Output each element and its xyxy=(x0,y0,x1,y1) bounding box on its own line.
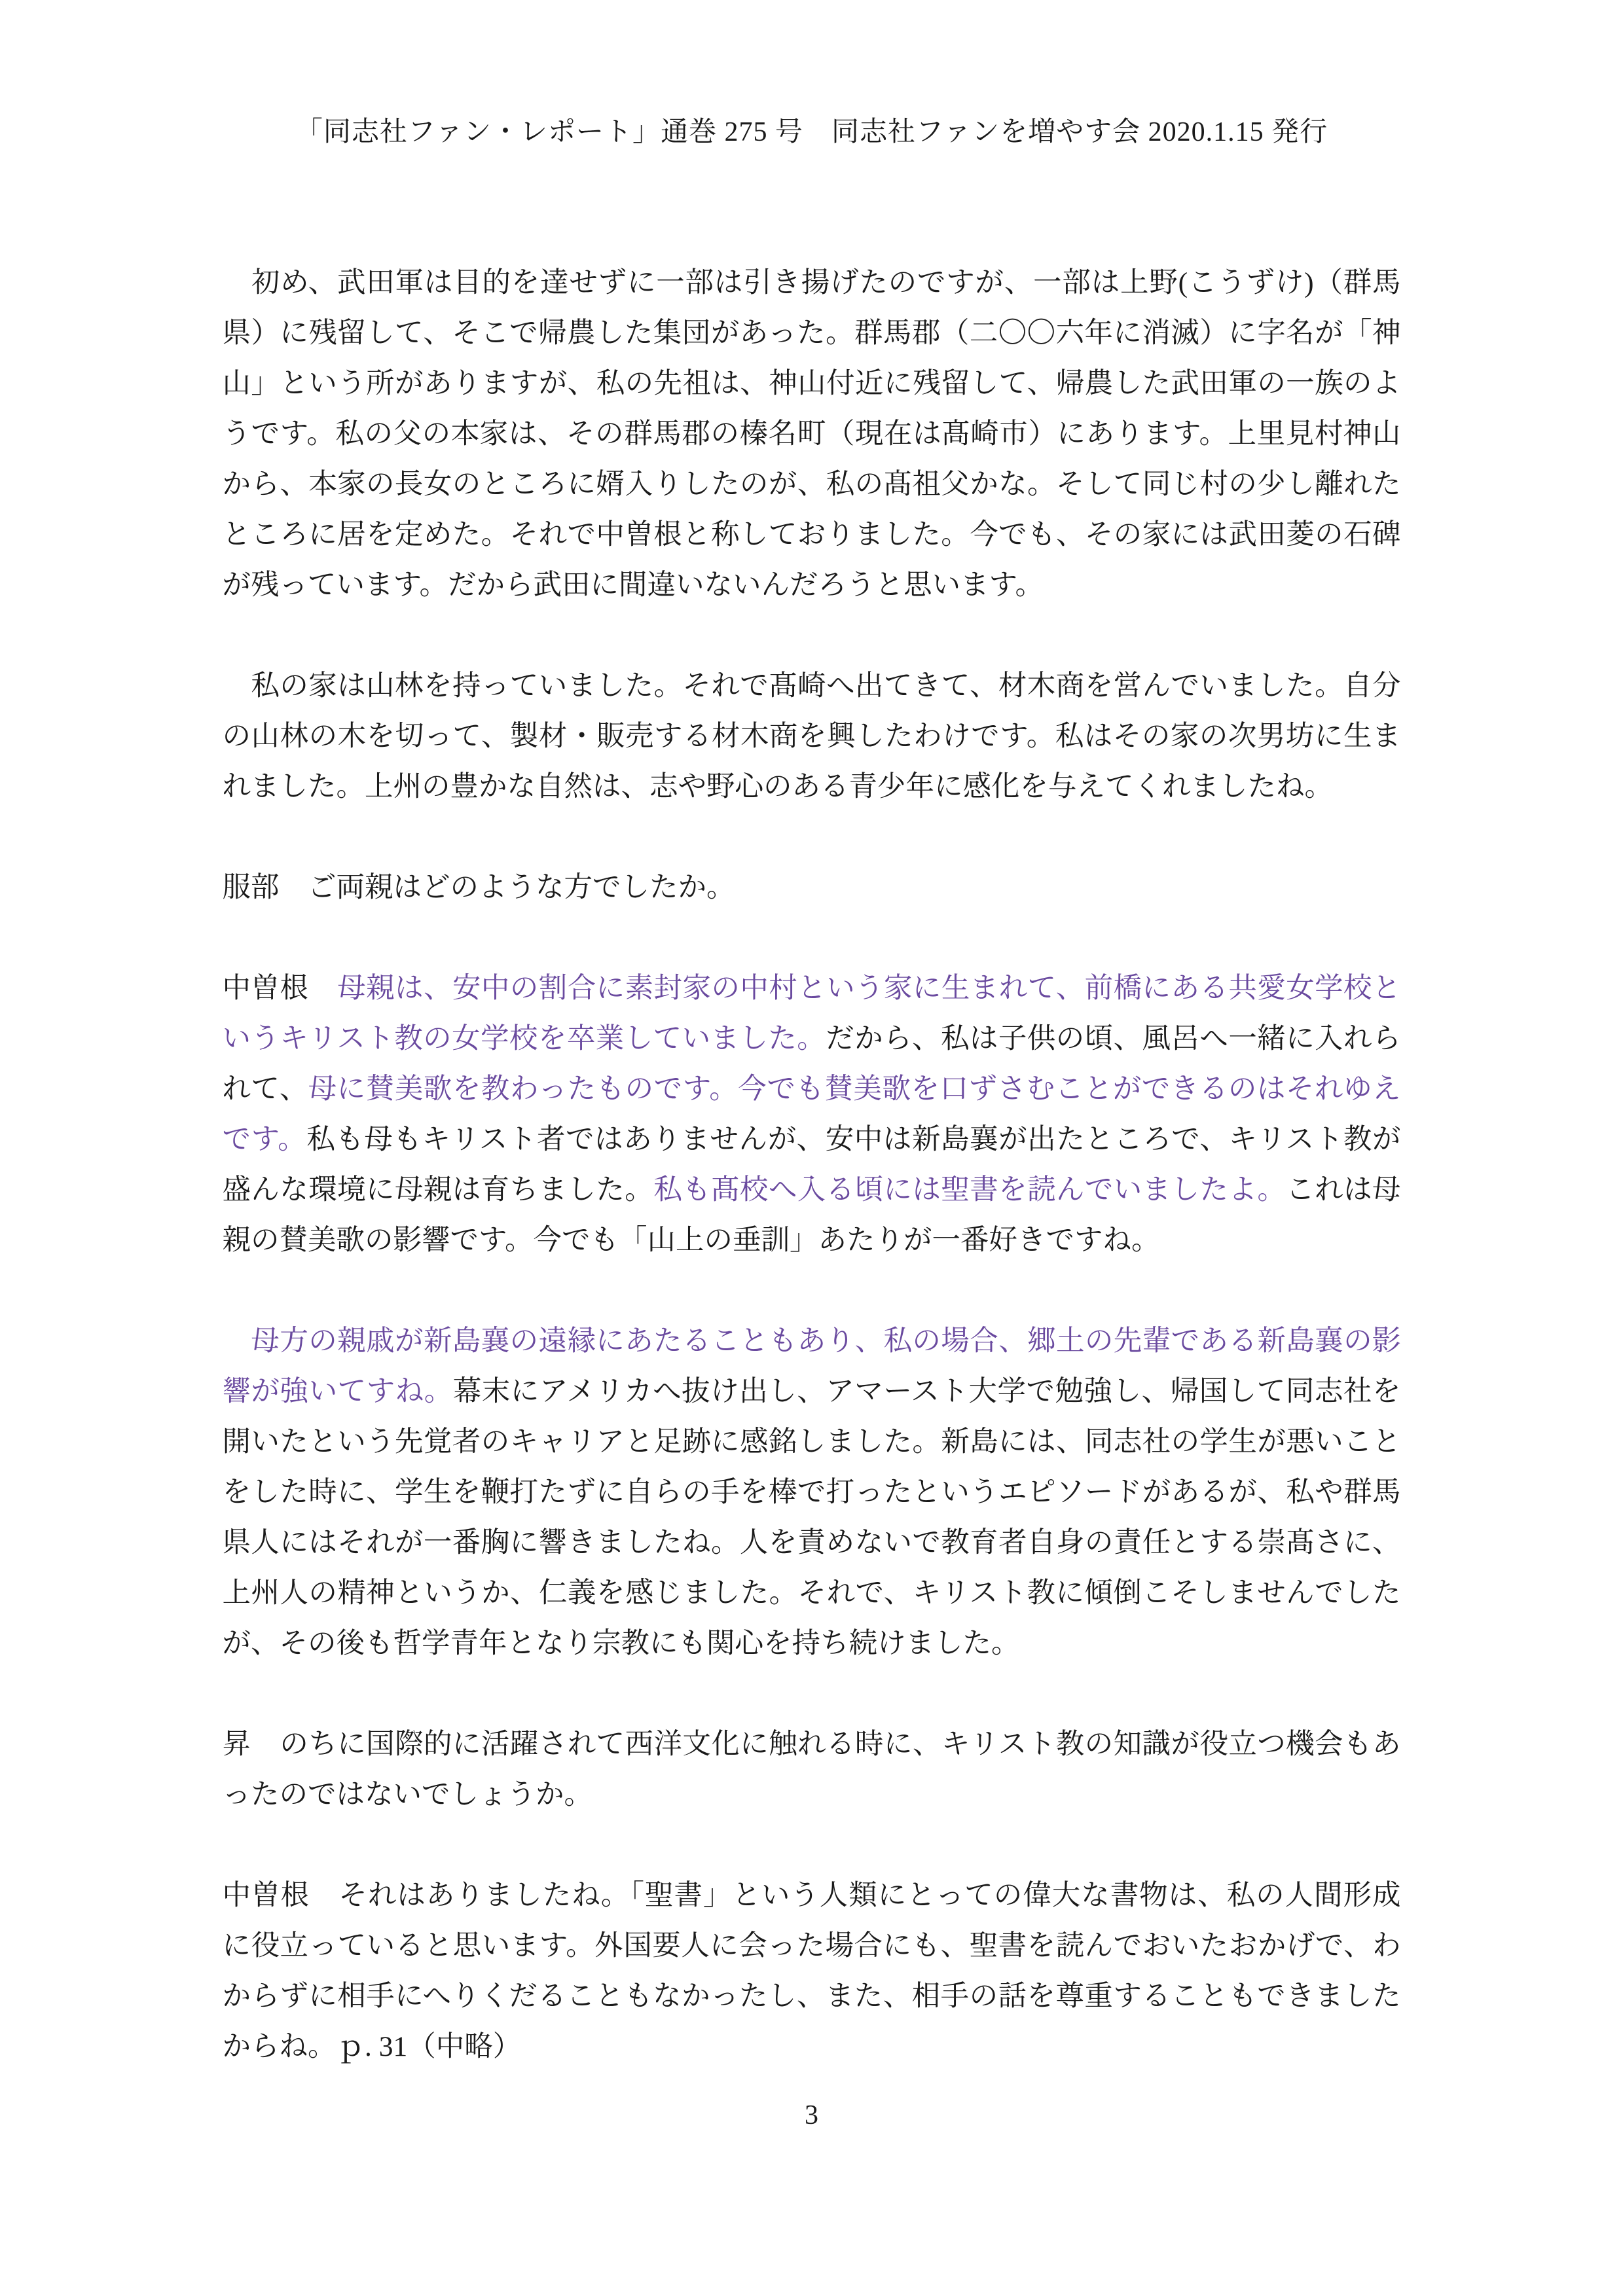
document-body: 初め、武田軍は目的を達せずに一部は引き揚げたのですが、一部は上野(こうずけ)（群… xyxy=(223,258,1401,2072)
document-header: 「同志社ファン・レポート」通巻 275 号 同志社ファンを増やす会 2020.1… xyxy=(0,0,1623,152)
text-run: 私の家は山林を持っていました。それで髙崎へ出てきて、材木商を営んでいました。自分… xyxy=(223,670,1401,802)
page-number: 3 xyxy=(0,2100,1623,2131)
paragraph: 昇 のちに国際的に活躍されて西洋文化に触れる時に、キリスト教の知識が役立つ機会も… xyxy=(223,1719,1401,1820)
paragraph: 服部 ご両親はどのような方でしたか。 xyxy=(223,863,1401,913)
document-page: 「同志社ファン・レポート」通巻 275 号 同志社ファンを増やす会 2020.1… xyxy=(0,0,1623,2296)
text-run: 服部 ご両親はどのような方でしたか。 xyxy=(223,872,735,903)
text-run: 幕末にアメリカへ抜け出し、アマースト大学で勉強し、帰国して同志社を開いたという先… xyxy=(223,1376,1401,1659)
paragraph: 初め、武田軍は目的を達せずに一部は引き揚げたのですが、一部は上野(こうずけ)（群… xyxy=(223,258,1401,611)
text-run: 昇 のちに国際的に活躍されて西洋文化に触れる時に、キリスト教の知識が役立つ機会も… xyxy=(223,1729,1401,1810)
text-run: 中曽根 それはありましたね。「聖書」という人類にとっての偉大な書物は、私の人間形… xyxy=(223,1880,1401,2062)
paragraph: 中曽根 それはありましたね。「聖書」という人類にとっての偉大な書物は、私の人間形… xyxy=(223,1871,1401,2072)
paragraph: 母方の親戚が新島襄の遠縁にあたることもあり、私の場合、郷土の先輩である新島襄の影… xyxy=(223,1316,1401,1669)
text-run: 私も髙校へ入る頃には聖書を読んでいましたよ。 xyxy=(653,1174,1286,1206)
paragraph: 私の家は山林を持っていました。それで髙崎へ出てきて、材木商を営んでいました。自分… xyxy=(223,661,1401,812)
paragraph: 中曽根 母親は、安中の割合に素封家の中村という家に生まれて、前橋にある共愛女学校… xyxy=(223,963,1401,1266)
text-run: 中曽根 xyxy=(223,973,338,1004)
text-run: 初め、武田軍は目的を達せずに一部は引き揚げたのですが、一部は上野(こうずけ)（群… xyxy=(223,267,1401,601)
